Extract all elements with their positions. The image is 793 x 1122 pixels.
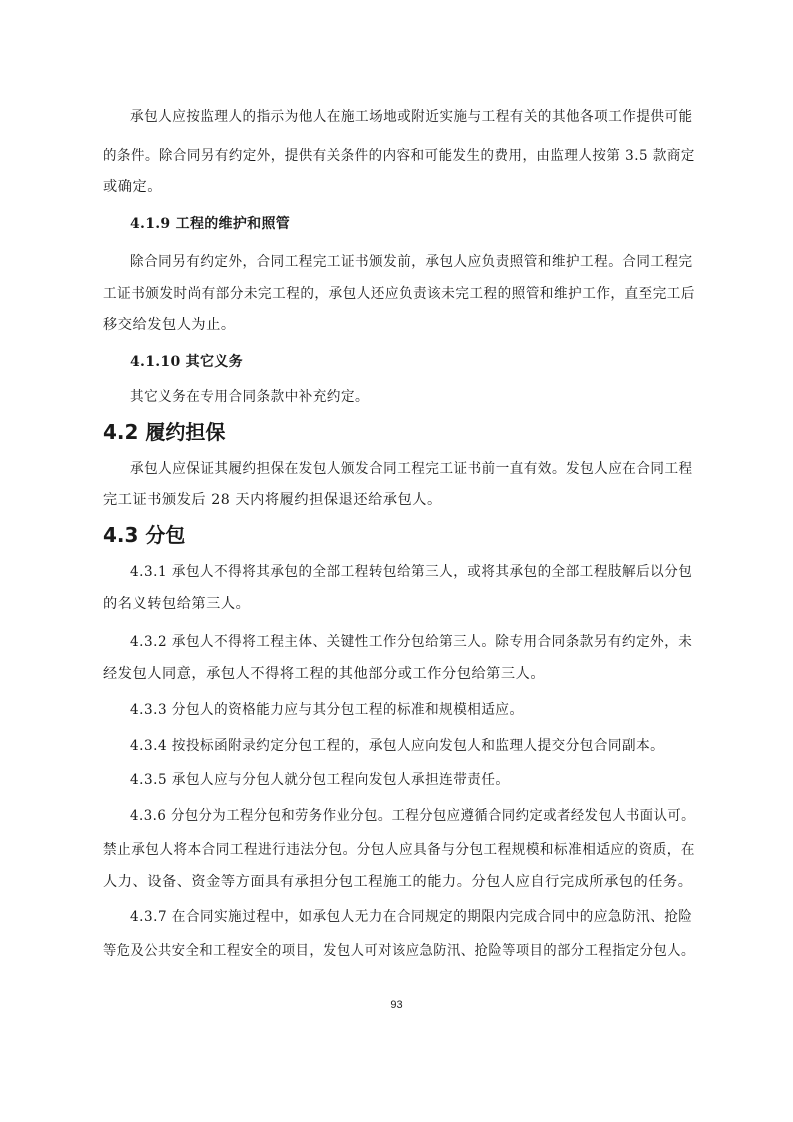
paragraph-line: 其它义务在专用合同条款中补充约定。 [130, 387, 695, 407]
paragraph-line: 4.3.4 按投标函附录约定分包工程的，承包人应向发包人和监理人提交分包合同副本… [130, 736, 695, 756]
heading-4-3: 4.3 分包 [103, 522, 185, 548]
heading-4-1-10: 4.1.10 其它义务 [130, 352, 243, 372]
paragraph-line: 承包人应按监理人的指示为他人在施工场地或附近实施与工程有关的其他各项工作提供可能 [130, 107, 695, 127]
paragraph-line: 4.3.1 承包人不得将其承包的全部工程转包给第三人，或将其承包的全部工程肢解后… [130, 562, 695, 582]
paragraph-line: 4.3.7 在合同实施过程中，如承包人无力在合同规定的期限内完成合同中的应急防汛… [130, 907, 695, 927]
paragraph-line: 承包人应保证其履约担保在发包人颁发合同工程完工证书前一直有效。发包人应在合同工程 [130, 459, 695, 479]
heading-4-1-9: 4.1.9 工程的维护和照管 [130, 214, 290, 234]
page-number: 93 [0, 999, 793, 1011]
paragraph-line: 等危及公共安全和工程安全的项目，发包人可对该应急防汛、抢险等项目的部分工程指定分… [103, 941, 656, 961]
paragraph-line: 4.3.5 承包人应与分包人就分包工程向发包人承担连带责任。 [130, 770, 695, 790]
heading-4-2: 4.2 履约担保 [103, 419, 225, 445]
paragraph-line: 除合同另有约定外，合同工程完工证书颁发前，承包人应负责照管和维护工程。合同工程完 [130, 252, 695, 272]
paragraph-line: 4.3.6 分包分为工程分包和劳务作业分包。工程分包应遵循合同约定或者经发包人书… [130, 806, 684, 826]
paragraph-line: 人力、设备、资金等方面具有承担分包工程施工的能力。分包人应自行完成所承包的任务。 [103, 872, 695, 892]
paragraph-line: 或确定。 [103, 177, 695, 197]
paragraph-line: 的名义转包给第三人。 [103, 594, 695, 614]
paragraph-line: 移交给发包人为止。 [103, 315, 695, 335]
paragraph-line: 工证书颁发时尚有部分未完工程的，承包人还应负责该未完工程的照管和维护工作，直至完… [103, 284, 669, 304]
paragraph-line: 经发包人同意，承包人不得将工程的其他部分或工作分包给第三人。 [103, 664, 695, 684]
paragraph-line: 4.3.3 分包人的资格能力应与其分包工程的标准和规模相适应。 [130, 700, 695, 720]
document-page: 承包人应按监理人的指示为他人在施工场地或附近实施与工程有关的其他各项工作提供可能… [0, 0, 793, 1122]
paragraph-line: 完工证书颁发后 28 天内将履约担保退还给承包人。 [103, 490, 695, 510]
paragraph-line: 禁止承包人将本合同工程进行违法分包。分包人应具备与分包工程规模和标准相适应的资质… [103, 840, 669, 860]
paragraph-line: 4.3.2 承包人不得将工程主体、关键性工作分包给第三人。除专用合同条款另有约定… [130, 632, 695, 652]
paragraph-line: 的条件。除合同另有约定外，提供有关条件的内容和可能发生的费用，由监理人按第 3.… [103, 146, 665, 166]
